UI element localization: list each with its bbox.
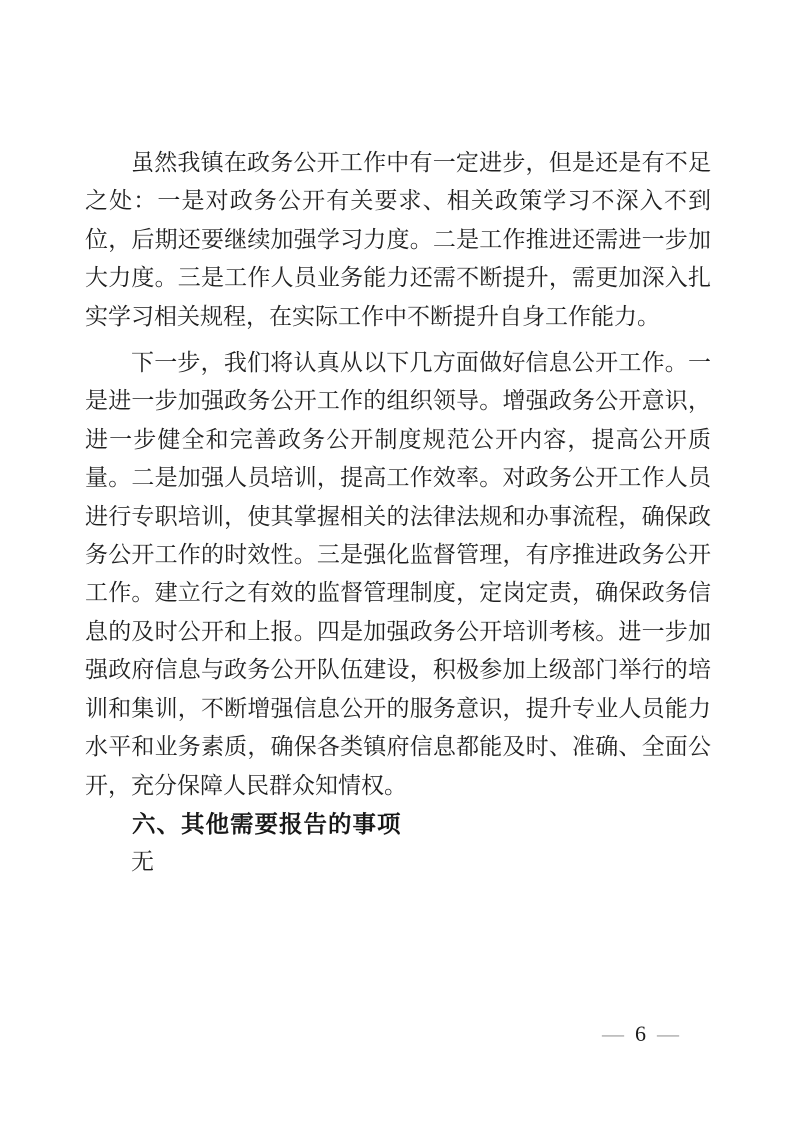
page-number-dash-right: — bbox=[657, 1020, 679, 1048]
section-body-none: 无 bbox=[85, 843, 711, 881]
document-page: 虽然我镇在政务公开工作中有一定进步，但是还是有不足之处：一是对政务公开有关要求、… bbox=[0, 0, 793, 1122]
section-heading-other-items: 六、其他需要报告的事项 bbox=[85, 805, 711, 843]
paragraph-next-steps: 下一步，我们将认真从以下几方面做好信息公开工作。一是进一步加强政务公开工作的组织… bbox=[85, 344, 711, 805]
page-number-value: 6 bbox=[635, 1020, 646, 1048]
document-body: 虽然我镇在政务公开工作中有一定进步，但是还是有不足之处：一是对政务公开有关要求、… bbox=[85, 144, 711, 882]
page-number: — 6 — bbox=[602, 1020, 679, 1048]
page-number-dash-left: — bbox=[602, 1020, 624, 1048]
paragraph-shortcomings: 虽然我镇在政务公开工作中有一定进步，但是还是有不足之处：一是对政务公开有关要求、… bbox=[85, 144, 711, 336]
